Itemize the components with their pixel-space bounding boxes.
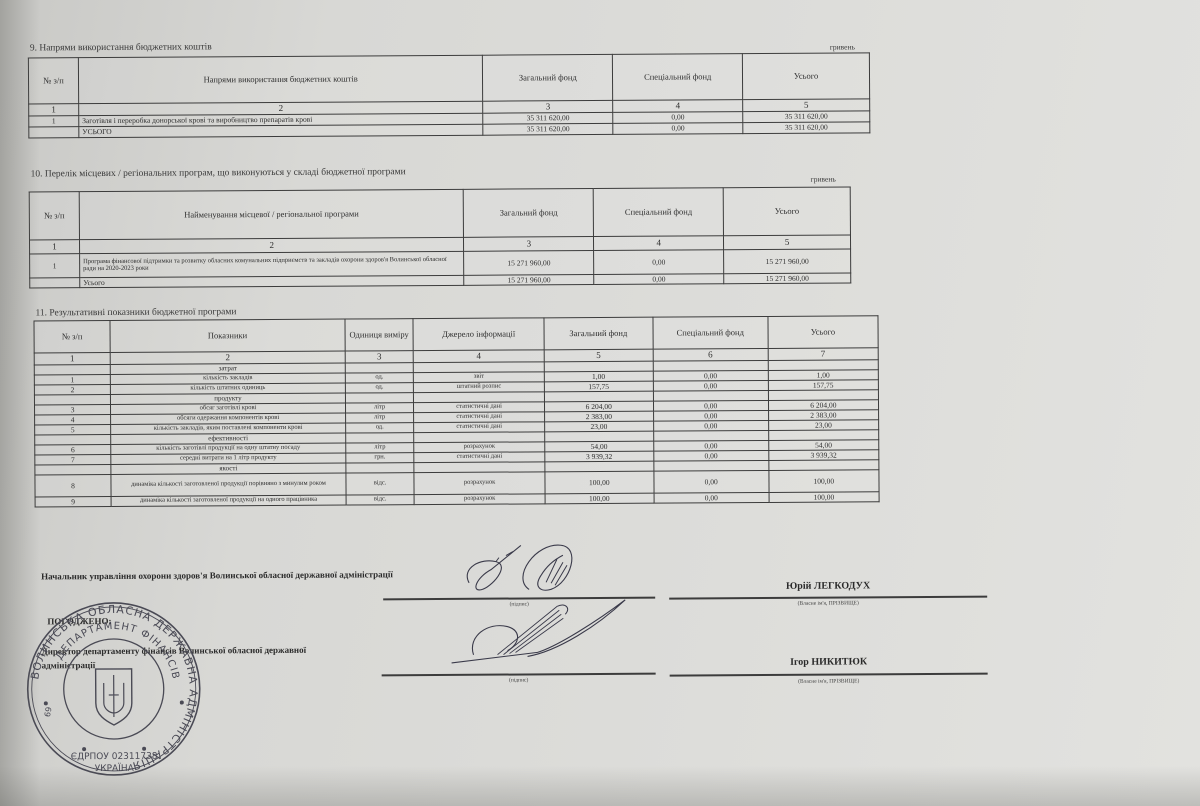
total-total: 15 271 960,00 [724, 273, 851, 284]
col-number: 3 [464, 237, 594, 252]
indicator-general-fund: 157,75 [544, 381, 653, 392]
empty-cell [654, 460, 769, 471]
budget-directions-table: № з/п Напрями використання бюджетних кош… [28, 52, 870, 138]
empty-cell [544, 391, 653, 402]
total-label: Усього [80, 275, 465, 287]
name-caption: (Власне ім'я, ПРІЗВИЩЕ) [670, 678, 988, 686]
section-10-unit: гривень [811, 175, 836, 184]
head-title: Начальник управління охорони здоров'я Во… [41, 568, 401, 584]
indicator-name: динаміка кількості заготовленої продукці… [111, 495, 346, 506]
finance-name: Ігор НИКИТЮК [670, 656, 988, 669]
indicator-total: 6 204,00 [768, 400, 878, 411]
empty-cell [35, 434, 111, 444]
section-10-title: 10. Перелік місцевих / регіональних прог… [31, 167, 406, 179]
indicator-unit: од. [345, 423, 414, 433]
section-9-unit: гривень [830, 42, 855, 51]
row-no: 1 [34, 374, 110, 384]
empty-cell [768, 360, 878, 371]
row-no: 9 [35, 496, 111, 506]
row-no [30, 278, 80, 288]
indicator-general-fund: 3 939,32 [545, 451, 654, 462]
row-no [29, 127, 79, 138]
empty-cell [346, 463, 415, 473]
indicator-general-fund: 54,00 [545, 441, 654, 452]
head-name-line [669, 596, 987, 599]
indicator-general-fund: 100,00 [545, 493, 654, 504]
total-special-fund: 0,00 [594, 274, 724, 285]
empty-cell [768, 430, 878, 441]
indicator-special-fund: 0,00 [653, 380, 768, 391]
row-no: 5 [35, 424, 111, 434]
indicator-unit: грн. [346, 453, 415, 463]
indicator-total: 1,00 [768, 370, 878, 381]
row-no: 7 [35, 454, 111, 464]
indicator-special-fund: 0,00 [654, 492, 769, 503]
col-number: 4 [594, 236, 724, 251]
empty-cell [653, 390, 768, 401]
total-special-fund: 0,00 [613, 123, 743, 135]
row-no: 4 [35, 414, 111, 424]
name-caption: (Власне ім'я, ПРІЗВИЩЕ) [669, 600, 987, 608]
col-header-total: Усього [723, 187, 850, 236]
row-no: 8 [35, 474, 111, 496]
indicator-general-fund: 2 383,00 [544, 411, 653, 422]
empty-cell [34, 364, 110, 374]
col-header-unit: Одиниця виміру [345, 319, 414, 351]
col-number: 1 [29, 240, 79, 254]
col-header-special-fund: Спеціальний фонд [593, 188, 723, 237]
col-header-general-fund: Загальний фонд [464, 189, 594, 238]
row-no: 1 [30, 254, 80, 278]
stamp-country: УКРАЇНА [95, 763, 135, 774]
table-header-row: № з/п Показники Одиниця виміру Джерело і… [34, 316, 878, 353]
col-number: 5 [743, 99, 870, 112]
col-number: 1 [29, 104, 79, 116]
table-header-row: № з/п Напрями використання бюджетних кош… [28, 53, 869, 104]
indicator-total: 100,00 [769, 492, 879, 503]
row-special-fund: 0,00 [613, 112, 743, 124]
indicator-source: розрахунок [414, 494, 545, 505]
indicator-special-fund: 0,00 [653, 400, 768, 411]
col-number: 7 [768, 348, 878, 361]
coat-of-arms-icon [96, 669, 132, 725]
col-number: 5 [544, 349, 653, 362]
row-no: 6 [35, 444, 111, 454]
empty-cell [544, 361, 653, 372]
row-no: 1 [29, 116, 79, 127]
total-general-fund: 35 311 620,00 [483, 123, 613, 135]
empty-cell [34, 394, 110, 404]
performance-indicators-table: № з/п Показники Одиниця виміру Джерело і… [33, 315, 879, 507]
finance-signature-line [382, 673, 656, 676]
col-header-total: Усього [742, 53, 869, 100]
indicator-unit: літр [345, 403, 414, 413]
indicator-total: 3 939,32 [768, 450, 878, 461]
col-header-source: Джерело інформації [413, 318, 544, 351]
stamp-code: ЄДРПОУ 02311738 [71, 752, 158, 763]
col-number: 4 [613, 100, 743, 113]
row-program-name: Програма фінансової підтримки та розвитк… [80, 251, 465, 277]
col-header-indicators: Показники [110, 319, 345, 352]
indicator-total: 54,00 [768, 440, 878, 451]
official-stamp: ВОЛИНСЬКА ОБЛАСНА ДЕРЖАВНА АДМІНІСТРАЦІЯ… [23, 598, 204, 779]
indicator-total: 157,75 [768, 380, 878, 391]
indicator-special-fund: 0,00 [653, 370, 768, 381]
empty-cell [545, 431, 654, 442]
indicator-unit: літр [346, 443, 415, 453]
col-number: 3 [345, 351, 414, 363]
col-header-special-fund: Спеціальний фонд [613, 54, 743, 101]
col-header-no: № з/п [28, 58, 78, 104]
indicator-general-fund: 100,00 [545, 471, 654, 494]
indicator-unit: відс. [346, 495, 415, 505]
col-header-total: Усього [768, 316, 879, 349]
empty-cell [346, 433, 415, 443]
col-number: 4 [414, 350, 545, 363]
col-header-general-fund: Загальний фонд [483, 54, 613, 101]
indicator-general-fund: 23,00 [544, 421, 653, 432]
empty-cell [653, 360, 768, 371]
col-number: 6 [653, 348, 768, 361]
indicator-special-fund: 0,00 [653, 450, 768, 461]
empty-cell [345, 393, 414, 403]
indicator-total: 23,00 [768, 420, 878, 431]
row-special-fund: 0,00 [594, 250, 724, 275]
empty-cell [345, 363, 414, 373]
row-total: 35 311 620,00 [743, 111, 870, 123]
indicator-name: динаміка кількості заготовленої продукці… [111, 473, 346, 496]
col-header-direction: Напрями використання бюджетних коштів [78, 55, 483, 103]
head-name: Юрій ЛЕГКОДУХ [669, 580, 987, 593]
section-11-title: 11. Результативні показники бюджетної пр… [35, 307, 236, 318]
row-total: 15 271 960,00 [724, 249, 851, 274]
indicator-unit: од. [345, 373, 414, 383]
row-general-fund: 35 311 620,00 [483, 112, 613, 124]
total-general-fund: 15 271 960,00 [464, 275, 594, 286]
indicator-unit: літр [345, 413, 414, 423]
section-9-title: 9. Напрями використання бюджетних коштів [30, 42, 212, 53]
total-total: 35 311 620,00 [743, 122, 870, 134]
empty-cell [768, 390, 878, 401]
row-no: 2 [34, 384, 110, 394]
finance-name-line [670, 673, 988, 676]
col-number: 3 [483, 100, 613, 113]
col-header-program-name: Найменування місцевої / регіональної про… [79, 189, 464, 239]
stamp-number: 69 [43, 706, 54, 718]
indicator-general-fund: 1,00 [544, 371, 653, 382]
finance-signature [447, 596, 637, 669]
row-general-fund: 15 271 960,00 [464, 251, 594, 276]
col-number: 5 [724, 235, 851, 250]
col-header-general-fund: Загальний фонд [544, 317, 653, 350]
total-label: УСЬОГО [79, 124, 484, 137]
col-header-no: № з/п [34, 320, 110, 352]
row-no: 3 [35, 404, 111, 414]
indicator-unit: од. [345, 383, 414, 393]
indicator-special-fund: 0,00 [654, 470, 769, 493]
indicator-general-fund: 6 204,00 [544, 401, 653, 412]
indicator-special-fund: 0,00 [653, 440, 768, 451]
indicator-total: 2 383,00 [768, 410, 878, 421]
regional-programs-table: № з/п Найменування місцевої / регіональн… [29, 186, 852, 288]
empty-cell [653, 430, 768, 441]
col-header-special-fund: Спеціальний фонд [653, 316, 768, 349]
empty-cell [769, 460, 879, 471]
indicator-special-fund: 0,00 [653, 420, 768, 431]
empty-cell [35, 464, 111, 474]
indicator-total: 100,00 [769, 470, 879, 493]
indicator-special-fund: 0,00 [653, 410, 768, 421]
indicator-source: розрахунок [414, 472, 545, 495]
empty-cell [545, 461, 654, 472]
table-header-row: № з/п Найменування місцевої / регіональн… [29, 187, 850, 240]
col-number: 1 [34, 352, 110, 364]
signature-caption: (підпис) [382, 677, 656, 685]
indicator-unit: відс. [346, 473, 415, 495]
col-header-no: № з/п [29, 192, 79, 240]
document-page: 9. Напрями використання бюджетних коштів… [0, 0, 1200, 806]
